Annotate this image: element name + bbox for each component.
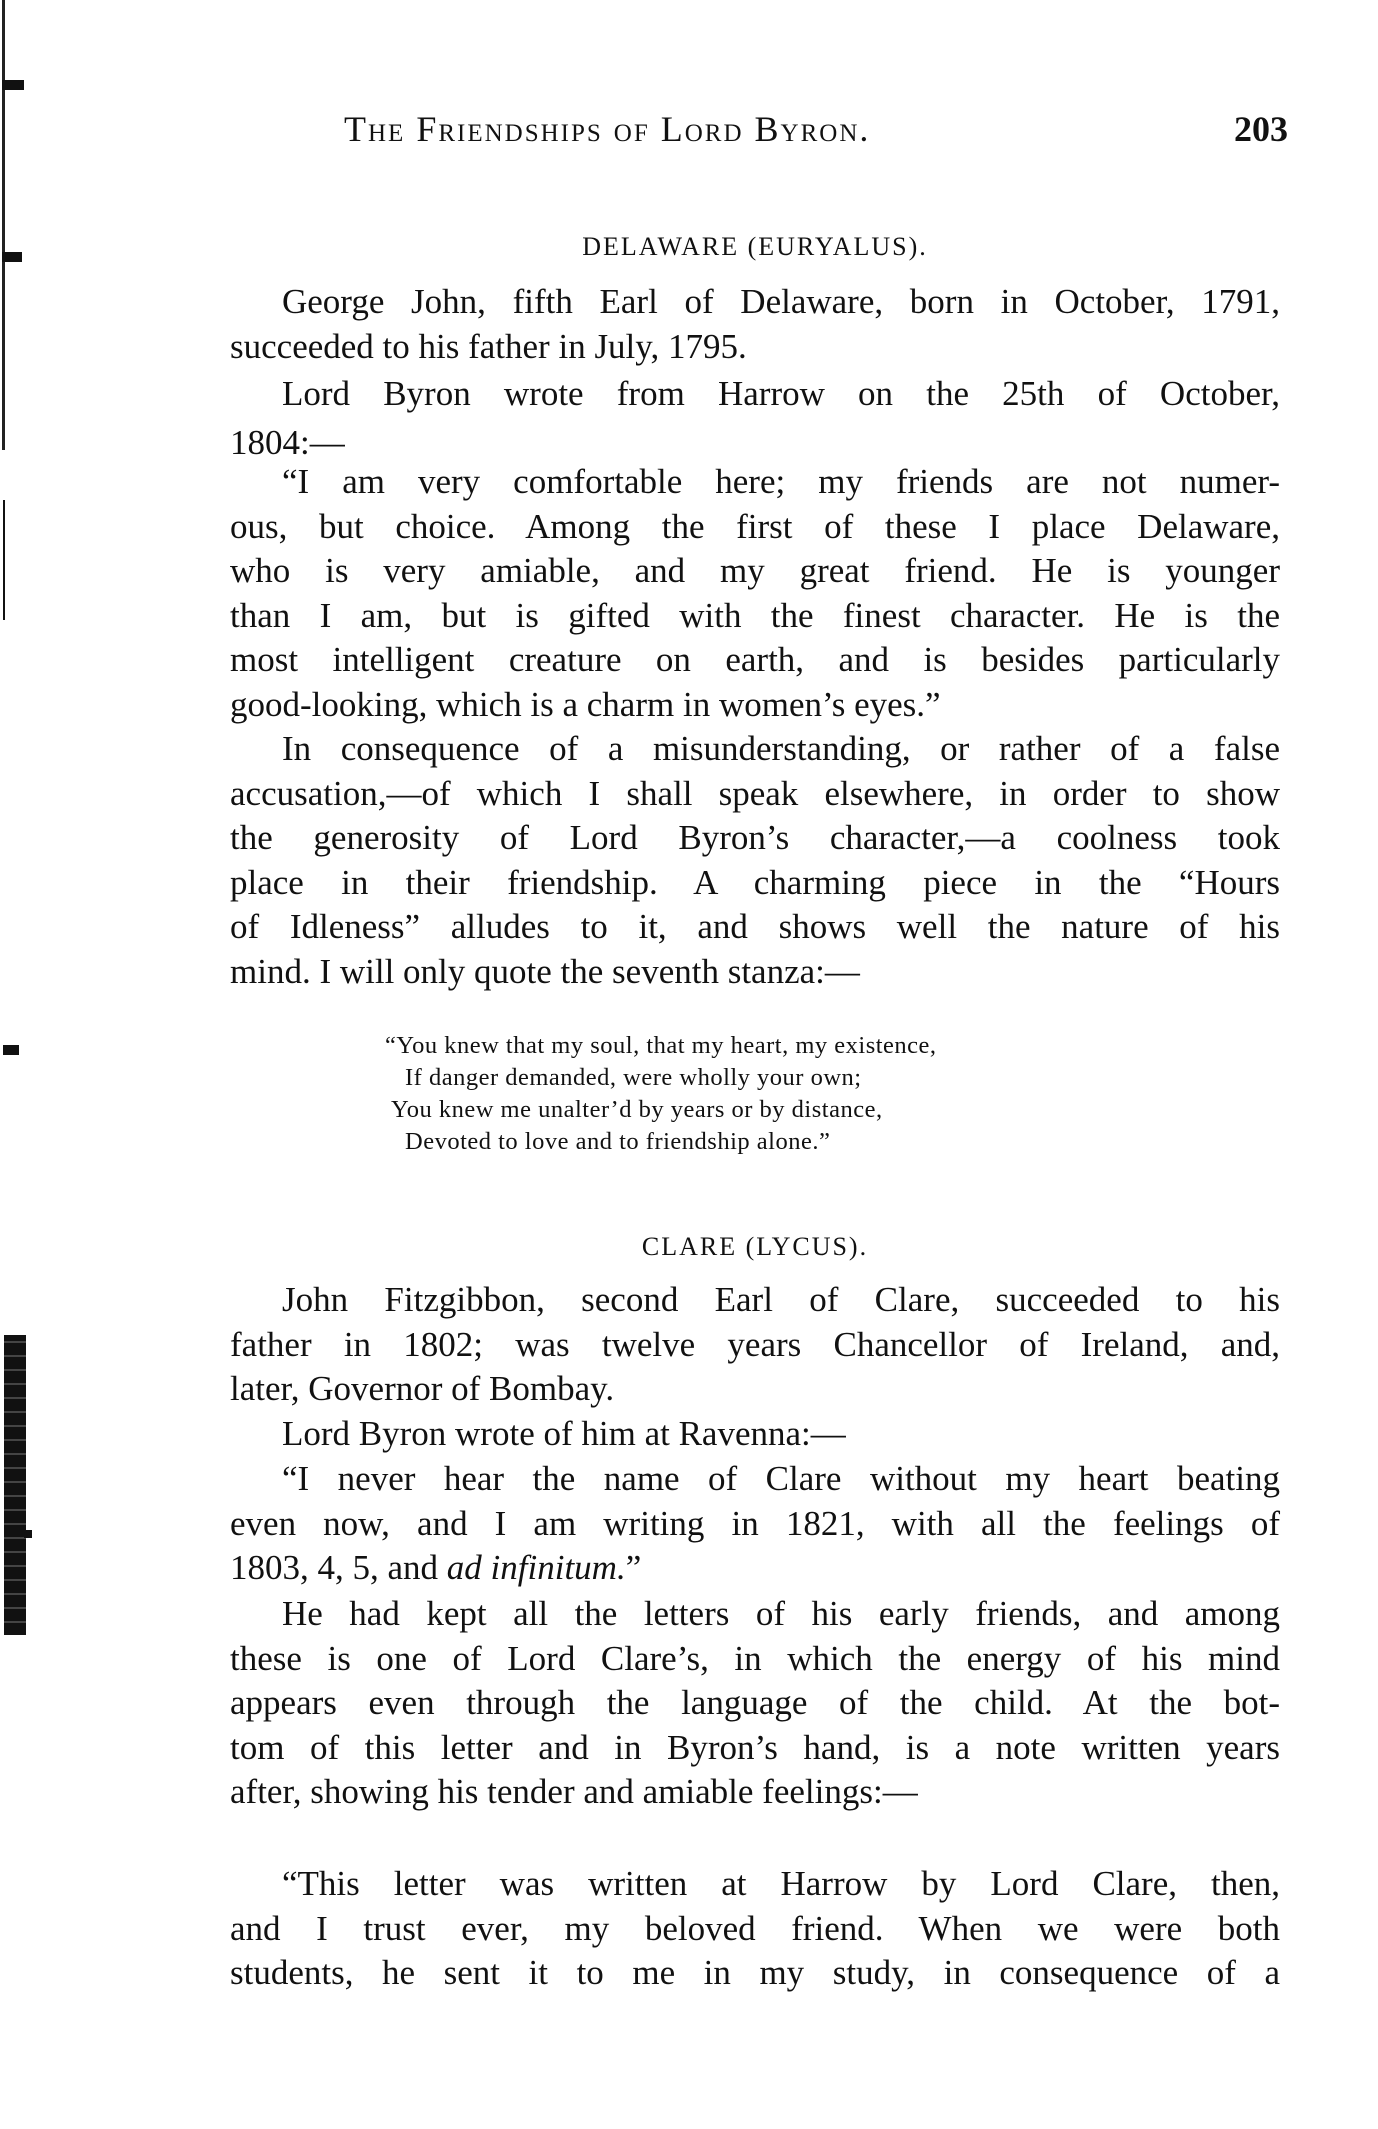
- section-heading-alias: (Euryalus).: [748, 232, 928, 261]
- text-line: mind. I will only quote the seventh stan…: [230, 950, 1280, 995]
- scan-mark-artifact: [3, 1045, 19, 1055]
- paragraph: Lord Byron wrote from Harrow on the 25th…: [230, 372, 1280, 465]
- section-heading-clare: Clare (Lycus).: [230, 1232, 1280, 1262]
- text-line: “This letter was written at Harrow by Lo…: [230, 1862, 1280, 1907]
- text-line: later, Governor of Bombay.: [230, 1367, 1280, 1412]
- page-number: 203: [1234, 108, 1288, 150]
- scan-mark-artifact: [2, 252, 22, 262]
- text-line: the generosity of Lord Byron’s character…: [230, 816, 1280, 861]
- section-heading-alias: (Lycus).: [746, 1232, 868, 1261]
- paragraph: John Fitzgibbon, second Earl of Clare, s…: [230, 1278, 1280, 1412]
- paragraph: He had kept all the letters of his early…: [230, 1592, 1280, 1815]
- text-line: tom of this letter and in Byron’s hand, …: [230, 1726, 1280, 1771]
- text-line: father in 1802; was twelve years Chancel…: [230, 1323, 1280, 1368]
- text-line: most intelligent creature on earth, and …: [230, 638, 1280, 683]
- text-line: 1804:—: [230, 421, 1280, 466]
- quotation-paragraph: “I am very comfortable here; my friends …: [230, 460, 1280, 727]
- paragraph: George John, fifth Earl of Delaware, bor…: [230, 280, 1280, 369]
- quotation-paragraph: “This letter was written at Harrow by Lo…: [230, 1862, 1280, 1996]
- italic-phrase: ad infinitum.: [447, 1548, 626, 1587]
- scan-mark-artifact: [3, 500, 5, 620]
- text-line: even now, and I am writing in 1821, with…: [230, 1502, 1280, 1547]
- text-line: these is one of Lord Clare’s, in which t…: [230, 1637, 1280, 1682]
- section-heading-name: Clare: [642, 1232, 737, 1261]
- text-line: John Fitzgibbon, second Earl of Clare, s…: [230, 1278, 1280, 1323]
- text-line: succeeded to his father in July, 1795.: [230, 325, 1280, 370]
- verse-stanza: “You knew that my soul, that my heart, m…: [385, 1030, 1105, 1158]
- text-line: than I am, but is gifted with the finest…: [230, 594, 1280, 639]
- running-head-title: The Friendships of Lord Byron.: [344, 109, 870, 149]
- scan-bar-artifact: [4, 1335, 26, 1635]
- quotation-paragraph: “I never hear the name of Clare without …: [230, 1457, 1280, 1591]
- text-line: accusation,—of which I shall speak elsew…: [230, 772, 1280, 817]
- text-line: place in their friendship. A charming pi…: [230, 861, 1280, 906]
- running-head: The Friendships of Lord Byron. 203: [344, 108, 1280, 150]
- text-line: Lord Byron wrote of him at Ravenna:—: [230, 1412, 1280, 1457]
- section-heading-name: Delaware: [582, 232, 739, 261]
- scan-edge-artifact: [2, 0, 5, 450]
- paragraph: In consequence of a misunderstanding, or…: [230, 727, 1280, 994]
- text-line: good-looking, which is a charm in women’…: [230, 683, 1280, 728]
- text-line: “I never hear the name of Clare without …: [230, 1457, 1280, 1502]
- text-line: 1803, 4, 5, and ad infinitum.”: [230, 1546, 1280, 1591]
- text-line: In consequence of a misunderstanding, or…: [230, 727, 1280, 772]
- text-line: and I trust ever, my beloved friend. Whe…: [230, 1907, 1280, 1952]
- verse-line: You knew me unalter’d by years or by dis…: [385, 1094, 1105, 1126]
- verse-line: “You knew that my soul, that my heart, m…: [385, 1030, 1105, 1062]
- text-line: appears even through the language of the…: [230, 1681, 1280, 1726]
- text-line: ous, but choice. Among the first of thes…: [230, 505, 1280, 550]
- text-line: “I am very comfortable here; my friends …: [230, 460, 1280, 505]
- text-line: students, he sent it to me in my study, …: [230, 1951, 1280, 1996]
- section-heading-delaware: Delaware (Euryalus).: [230, 232, 1280, 262]
- text-line: He had kept all the letters of his early…: [230, 1592, 1280, 1637]
- closing-quote: ”: [626, 1548, 642, 1587]
- text-line: who is very amiable, and my great friend…: [230, 549, 1280, 594]
- text-line: Lord Byron wrote from Harrow on the 25th…: [230, 372, 1280, 417]
- paragraph: Lord Byron wrote of him at Ravenna:—: [230, 1412, 1280, 1457]
- scan-mark-artifact: [2, 80, 24, 90]
- scan-mark-artifact: [24, 1530, 32, 1538]
- text-line: of Idleness” alludes to it, and shows we…: [230, 905, 1280, 950]
- text-line: after, showing his tender and amiable fe…: [230, 1770, 1280, 1815]
- verse-line: If danger demanded, were wholly your own…: [385, 1062, 1105, 1094]
- text-line: George John, fifth Earl of Delaware, bor…: [230, 280, 1280, 325]
- verse-line: Devoted to love and to friendship alone.…: [385, 1126, 1105, 1158]
- text-fragment: 1803, 4, 5, and: [230, 1548, 447, 1587]
